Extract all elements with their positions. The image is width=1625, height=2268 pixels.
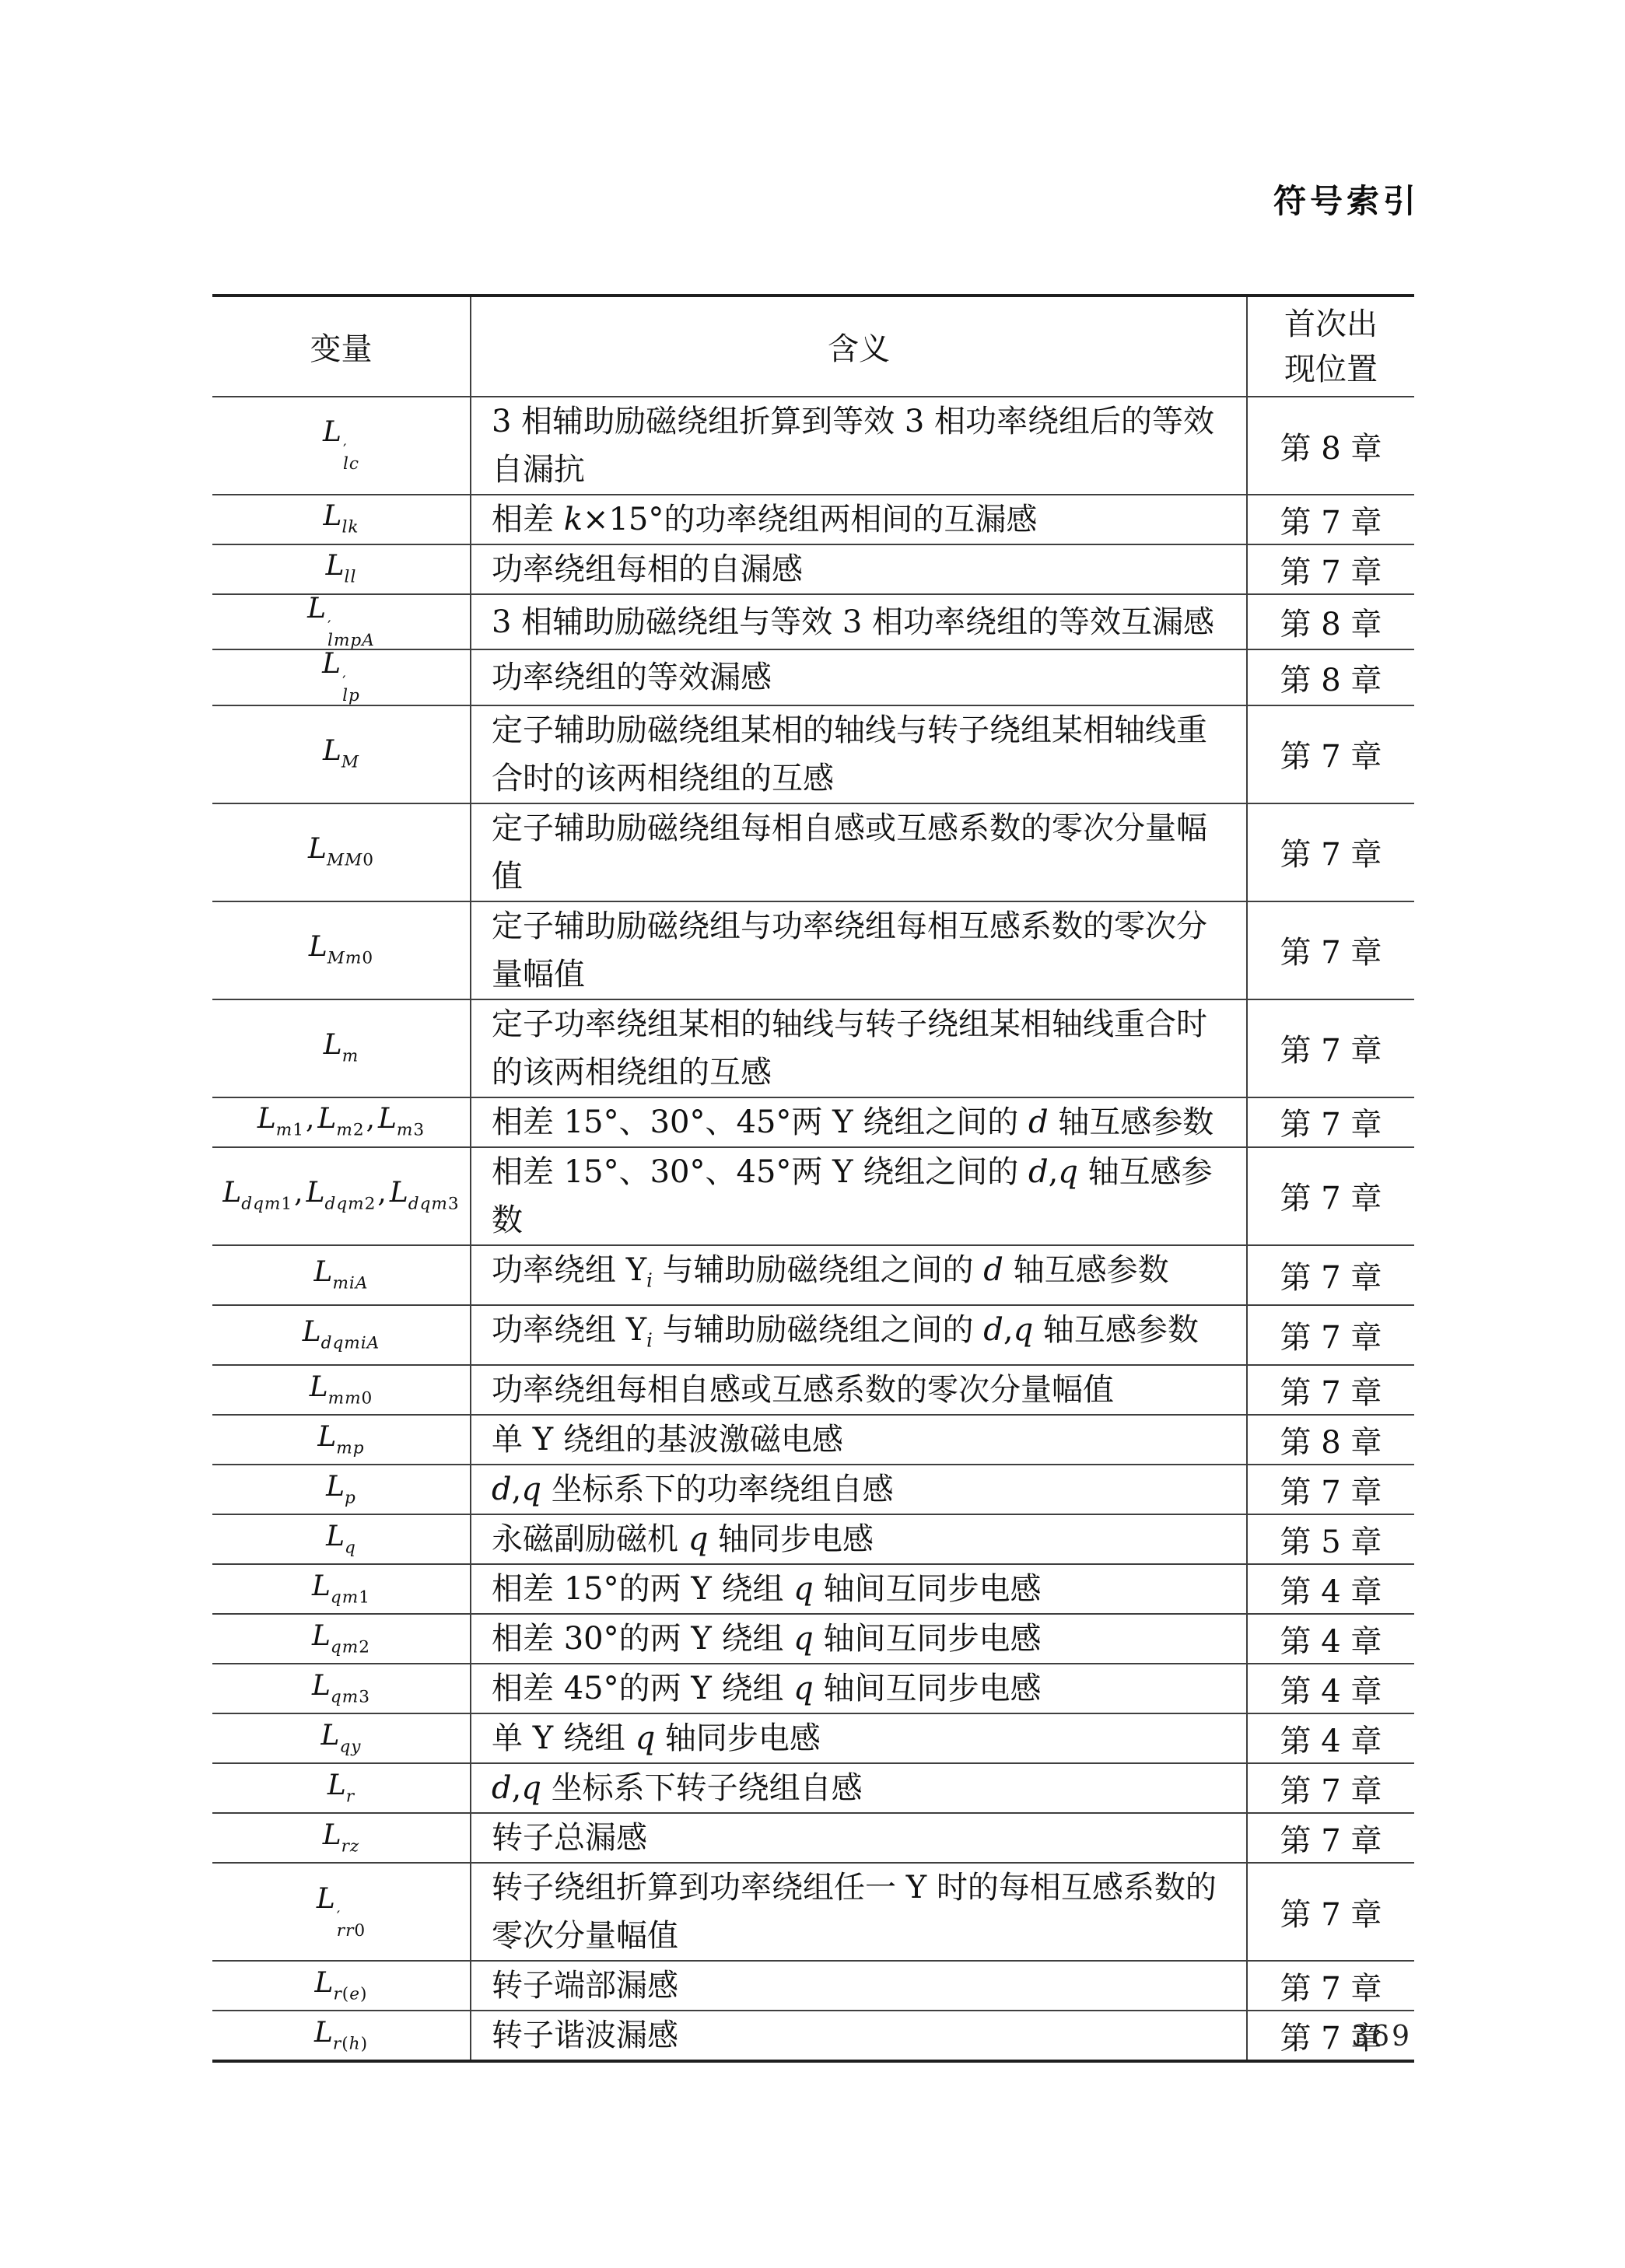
chapter-cell: 第 7 章 <box>1247 1245 1414 1305</box>
variable-cell: L′lc <box>212 397 471 495</box>
chapter-cell: 第 7 章 <box>1247 1763 1414 1813</box>
variable-cell: Lp <box>212 1465 471 1514</box>
table-row: L′lmpA3 相辅助励磁绕组与等效 3 相功率绕组的等效互漏感第 8 章 <box>212 594 1414 649</box>
table-row: L′lc3 相辅助励磁绕组折算到等效 3 相功率绕组后的等效自漏抗第 8 章 <box>212 397 1414 495</box>
variable-cell: LMm0 <box>212 901 471 999</box>
meaning-cell: 相差 45°的两 Y 绕组 q 轴间互同步电感 <box>471 1664 1247 1713</box>
variable-cell: Lll <box>212 544 471 594</box>
variable-cell: LM <box>212 705 471 803</box>
meaning-cell: 相差 15°、30°、45°两 Y 绕组之间的 d,q 轴互感参数 <box>471 1147 1247 1245</box>
chapter-cell: 第 8 章 <box>1247 397 1414 495</box>
meaning-cell: 相差 15°、30°、45°两 Y 绕组之间的 d 轴互感参数 <box>471 1097 1247 1147</box>
meaning-cell: d,q 坐标系下的功率绕组自感 <box>471 1465 1247 1514</box>
table-row: Lmp单 Y 绕组的基波激磁电感第 8 章 <box>212 1415 1414 1465</box>
table-body: L′lc3 相辅助励磁绕组折算到等效 3 相功率绕组后的等效自漏抗第 8 章Ll… <box>212 397 1414 2061</box>
variable-cell: Lr <box>212 1763 471 1813</box>
chapter-cell: 第 4 章 <box>1247 1564 1414 1614</box>
table-row: Ldqm1,Ldqm2,Ldqm3相差 15°、30°、45°两 Y 绕组之间的… <box>212 1147 1414 1245</box>
table-row: Lpd,q 坐标系下的功率绕组自感第 7 章 <box>212 1465 1414 1514</box>
chapter-cell: 第 7 章 <box>1247 803 1414 901</box>
variable-cell: Lm <box>212 999 471 1097</box>
column-header-first-occurrence-line2: 现位置 <box>1248 347 1414 392</box>
meaning-cell: d,q 坐标系下转子绕组自感 <box>471 1763 1247 1813</box>
chapter-cell: 第 4 章 <box>1247 1713 1414 1763</box>
table-row: LdqmiA功率绕组 Yi 与辅助励磁绕组之间的 d,q 轴互感参数第 7 章 <box>212 1305 1414 1365</box>
table-row: Lm1,Lm2,Lm3相差 15°、30°、45°两 Y 绕组之间的 d 轴互感… <box>212 1097 1414 1147</box>
chapter-cell: 第 7 章 <box>1247 1465 1414 1514</box>
variable-cell: LmiA <box>212 1245 471 1305</box>
variable-cell: Lqm3 <box>212 1664 471 1713</box>
table-row: L′lp功率绕组的等效漏感第 8 章 <box>212 649 1414 705</box>
variable-cell: LdqmiA <box>212 1305 471 1365</box>
table-row: LM定子辅助励磁绕组某相的轴线与转子绕组某相轴线重合时的该两相绕组的互感第 7 … <box>212 705 1414 803</box>
table-header: 变量 含义 首次出 现位置 <box>212 296 1414 397</box>
variable-cell: Lqm1 <box>212 1564 471 1614</box>
table-row: Lr(e)转子端部漏感第 7 章 <box>212 1961 1414 2011</box>
meaning-cell: 3 相辅助励磁绕组折算到等效 3 相功率绕组后的等效自漏抗 <box>471 397 1247 495</box>
variable-cell: L′lmpA <box>212 594 471 649</box>
variable-cell: Lqy <box>212 1713 471 1763</box>
variable-cell: LMM0 <box>212 803 471 901</box>
chapter-cell: 第 4 章 <box>1247 1664 1414 1713</box>
meaning-cell: 功率绕组的等效漏感 <box>471 649 1247 705</box>
meaning-cell: 转子端部漏感 <box>471 1961 1247 2011</box>
meaning-cell: 功率绕组 Yi 与辅助励磁绕组之间的 d 轴互感参数 <box>471 1245 1247 1305</box>
table-row: Lll功率绕组每相的自漏感第 7 章 <box>212 544 1414 594</box>
chapter-cell: 第 7 章 <box>1247 544 1414 594</box>
meaning-cell: 功率绕组每相自感或互感系数的零次分量幅值 <box>471 1365 1247 1415</box>
chapter-cell: 第 7 章 <box>1247 1365 1414 1415</box>
meaning-cell: 单 Y 绕组 q 轴同步电感 <box>471 1713 1247 1763</box>
page-header-title: 符号索引 <box>1273 176 1420 222</box>
table-row: Lqm1相差 15°的两 Y 绕组 q 轴间互同步电感第 4 章 <box>212 1564 1414 1614</box>
table-row: Llk相差 k×15°的功率绕组两相间的互漏感第 7 章 <box>212 495 1414 544</box>
table-row: Lm定子功率绕组某相的轴线与转子绕组某相轴线重合时的该两相绕组的互感第 7 章 <box>212 999 1414 1097</box>
table-row: L′rr0转子绕组折算到功率绕组任一 Y 时的每相互感系数的零次分量幅值第 7 … <box>212 1863 1414 1961</box>
variable-cell: Llk <box>212 495 471 544</box>
meaning-cell: 定子辅助励磁绕组某相的轴线与转子绕组某相轴线重合时的该两相绕组的互感 <box>471 705 1247 803</box>
chapter-cell: 第 7 章 <box>1247 901 1414 999</box>
chapter-cell: 第 7 章 <box>1247 495 1414 544</box>
variable-cell: Lm1,Lm2,Lm3 <box>212 1097 471 1147</box>
chapter-cell: 第 7 章 <box>1247 1813 1414 1863</box>
chapter-cell: 第 7 章 <box>1247 999 1414 1097</box>
table-row: Lrz转子总漏感第 7 章 <box>212 1813 1414 1863</box>
chapter-cell: 第 4 章 <box>1247 1614 1414 1664</box>
chapter-cell: 第 7 章 <box>1247 1147 1414 1245</box>
chapter-cell: 第 7 章 <box>1247 1097 1414 1147</box>
meaning-cell: 定子辅助励磁绕组与功率绕组每相互感系数的零次分量幅值 <box>471 901 1247 999</box>
meaning-cell: 转子绕组折算到功率绕组任一 Y 时的每相互感系数的零次分量幅值 <box>471 1863 1247 1961</box>
chapter-cell: 第 7 章 <box>1247 705 1414 803</box>
column-header-first-occurrence: 首次出 现位置 <box>1247 296 1414 397</box>
variable-cell: Lqm2 <box>212 1614 471 1664</box>
chapter-cell: 第 5 章 <box>1247 1514 1414 1564</box>
chapter-cell: 第 7 章 <box>1247 1863 1414 1961</box>
table-row: LmiA功率绕组 Yi 与辅助励磁绕组之间的 d 轴互感参数第 7 章 <box>212 1245 1414 1305</box>
table-row: Lqy单 Y 绕组 q 轴同步电感第 4 章 <box>212 1713 1414 1763</box>
meaning-cell: 功率绕组每相的自漏感 <box>471 544 1247 594</box>
column-header-meaning: 含义 <box>471 296 1247 397</box>
book-page: 符号索引 变量 含义 首次出 现位置 L′lc3 相辅助励磁绕组折算到等效 3 … <box>0 0 1625 2268</box>
column-header-first-occurrence-line1: 首次出 <box>1248 302 1414 347</box>
table-row: Lr(h)转子谐波漏感第 7 章 <box>212 2011 1414 2061</box>
variable-cell: Ldqm1,Ldqm2,Ldqm3 <box>212 1147 471 1245</box>
meaning-cell: 转子总漏感 <box>471 1813 1247 1863</box>
table-row: Lq永磁副励磁机 q 轴同步电感第 5 章 <box>212 1514 1414 1564</box>
table-row: LMm0定子辅助励磁绕组与功率绕组每相互感系数的零次分量幅值第 7 章 <box>212 901 1414 999</box>
table-row: LMM0定子辅助励磁绕组每相自感或互感系数的零次分量幅值第 7 章 <box>212 803 1414 901</box>
meaning-cell: 3 相辅助励磁绕组与等效 3 相功率绕组的等效互漏感 <box>471 594 1247 649</box>
meaning-cell: 相差 k×15°的功率绕组两相间的互漏感 <box>471 495 1247 544</box>
meaning-cell: 定子辅助励磁绕组每相自感或互感系数的零次分量幅值 <box>471 803 1247 901</box>
column-header-variable: 变量 <box>212 296 471 397</box>
chapter-cell: 第 7 章 <box>1247 1961 1414 2011</box>
meaning-cell: 永磁副励磁机 q 轴同步电感 <box>471 1514 1247 1564</box>
variable-cell: Lrz <box>212 1813 471 1863</box>
chapter-cell: 第 8 章 <box>1247 649 1414 705</box>
table-row: Lqm3相差 45°的两 Y 绕组 q 轴间互同步电感第 4 章 <box>212 1664 1414 1713</box>
meaning-cell: 单 Y 绕组的基波激磁电感 <box>471 1415 1247 1465</box>
variable-cell: Lq <box>212 1514 471 1564</box>
variable-cell: Lr(h) <box>212 2011 471 2061</box>
table-header-row: 变量 含义 首次出 现位置 <box>212 296 1414 397</box>
chapter-cell: 第 8 章 <box>1247 594 1414 649</box>
meaning-cell: 转子谐波漏感 <box>471 2011 1247 2061</box>
table-row: Lmm0功率绕组每相自感或互感系数的零次分量幅值第 7 章 <box>212 1365 1414 1415</box>
symbol-index-table: 变量 含义 首次出 现位置 L′lc3 相辅助励磁绕组折算到等效 3 相功率绕组… <box>212 294 1414 2063</box>
meaning-cell: 定子功率绕组某相的轴线与转子绕组某相轴线重合时的该两相绕组的互感 <box>471 999 1247 1097</box>
variable-cell: Lmp <box>212 1415 471 1465</box>
variable-cell: Lr(e) <box>212 1961 471 2011</box>
meaning-cell: 相差 30°的两 Y 绕组 q 轴间互同步电感 <box>471 1614 1247 1664</box>
meaning-cell: 相差 15°的两 Y 绕组 q 轴间互同步电感 <box>471 1564 1247 1614</box>
variable-cell: L′rr0 <box>212 1863 471 1961</box>
table-row: Lrd,q 坐标系下转子绕组自感第 7 章 <box>212 1763 1414 1813</box>
chapter-cell: 第 8 章 <box>1247 1415 1414 1465</box>
chapter-cell: 第 7 章 <box>1247 1305 1414 1365</box>
variable-cell: Lmm0 <box>212 1365 471 1415</box>
table-row: Lqm2相差 30°的两 Y 绕组 q 轴间互同步电感第 4 章 <box>212 1614 1414 1664</box>
page-number: 369 <box>1351 2021 1412 2053</box>
variable-cell: L′lp <box>212 649 471 705</box>
meaning-cell: 功率绕组 Yi 与辅助励磁绕组之间的 d,q 轴互感参数 <box>471 1305 1247 1365</box>
